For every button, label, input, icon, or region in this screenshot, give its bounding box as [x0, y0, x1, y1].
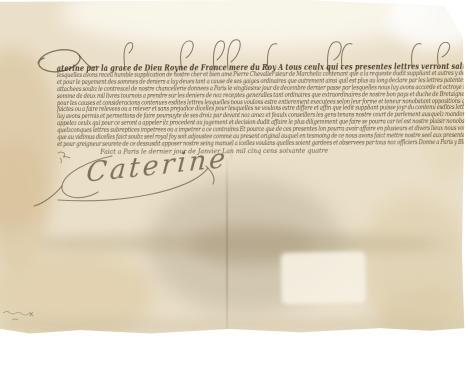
bottom-left-tan-stain: [0, 248, 155, 343]
right-mottle-stain: [358, 195, 468, 330]
bottom-edge-shadow: [0, 318, 468, 334]
center-smudge-stain: [148, 178, 343, 313]
manuscript-text-block: aterine par la grace de Dieu Royne de Fr…: [57, 62, 463, 148]
center-dark-smudge: [188, 224, 313, 266]
left-mid-tan-stain: [0, 140, 50, 270]
pale-top-stain: [60, 0, 430, 50]
parchment-sheet: aterine par la grace de Dieu Royne de Fr…: [0, 0, 468, 382]
vertical-fold-crease: [226, 158, 228, 334]
seal-offset-patch: [281, 251, 367, 304]
pale-top-right-stain: [388, 0, 468, 50]
left-edge-tan-stain: [0, 48, 60, 233]
horizontal-fold-band: [38, 233, 433, 253]
horizontal-fold-band-right: [250, 239, 455, 252]
bottom-right-tan-stain: [378, 288, 468, 340]
